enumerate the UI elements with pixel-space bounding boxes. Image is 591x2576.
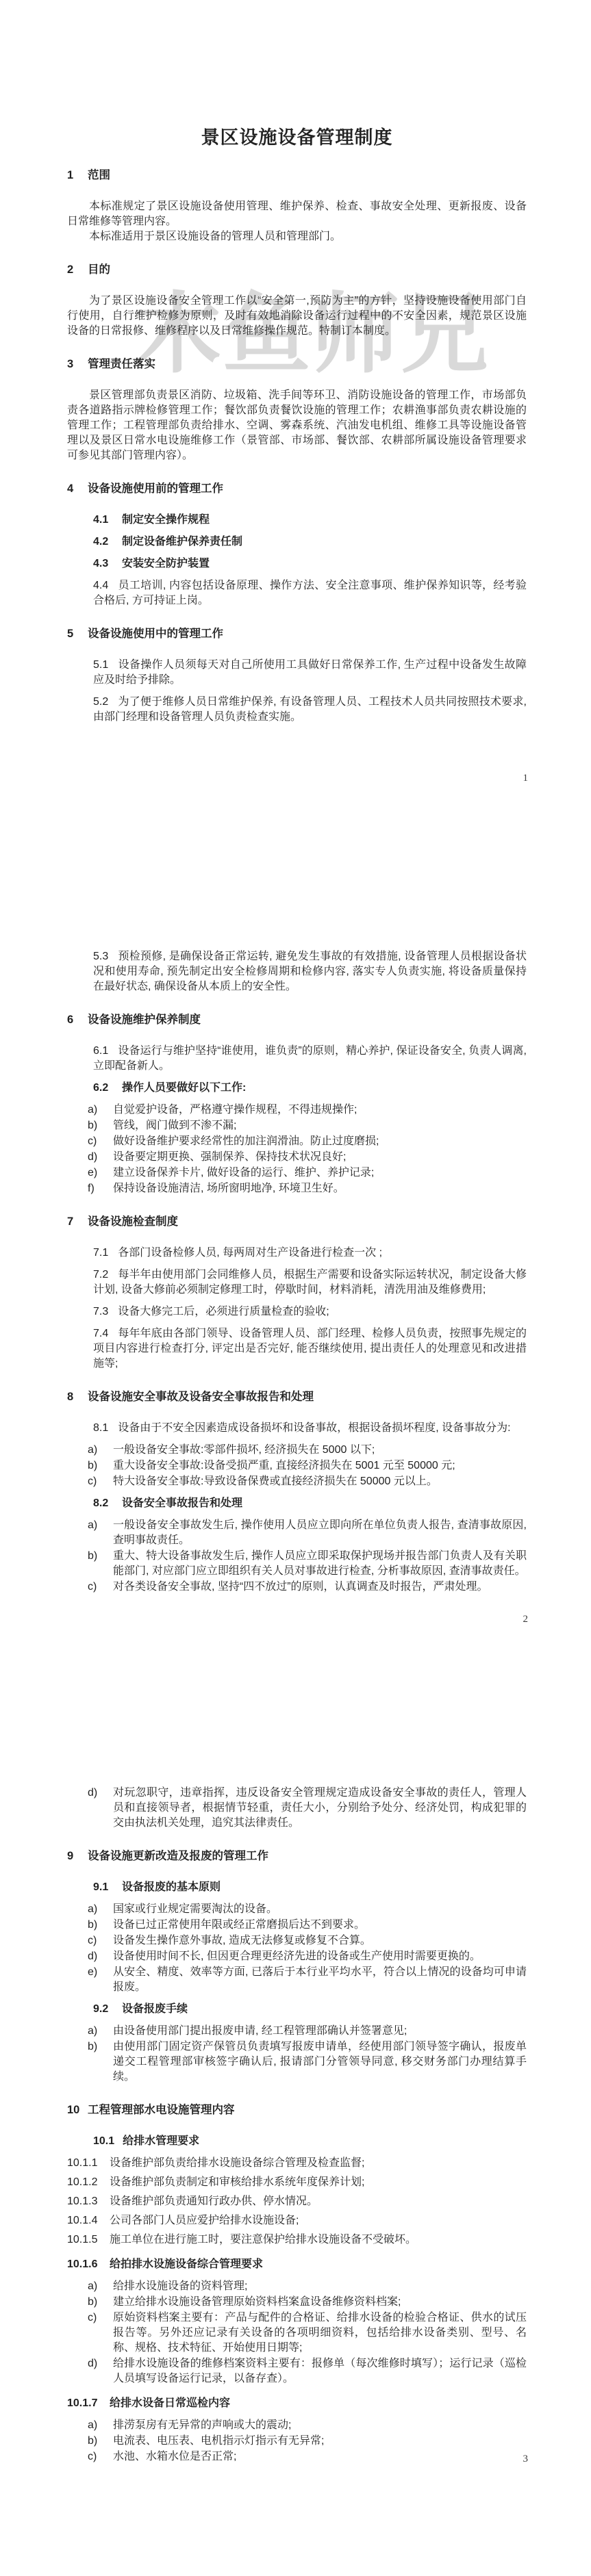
block-text: 给排水管理要求: [123, 2135, 199, 2147]
item-number: 6.1: [93, 1045, 108, 1057]
list-marker: e): [88, 1965, 113, 1995]
numbered-paragraph: 7.3设备大修完工后，必须进行质量检查的验收;: [93, 1304, 527, 1319]
section-heading: 3管理责任落实: [67, 357, 527, 372]
list-item: d)设备要定期更换、强制保养、保持技术状况良好;: [88, 1150, 527, 1165]
document: 木鱼师兄 景区设施设备管理制度 1范围本标准规定了景区设施设备使用管理、维护保养…: [0, 0, 591, 2576]
list-item: d)给排水设施设备的维修档案资料主要有：报修单（每次维修时填写）；运行记录（巡检…: [88, 2356, 527, 2386]
block-text: 设备维护部负责给排水设施设备综合管理及检查监督;: [110, 2157, 364, 2169]
sub-heading: 4.1制定安全操作规程: [93, 513, 527, 528]
block-text: 国家或行业规定需要淘汰的设备。: [113, 1902, 527, 1917]
list-marker: b): [88, 1918, 113, 1933]
block-text: 管线，阀门做到不渗不漏;: [113, 1118, 527, 1133]
block-text: 给排水设备日常巡检内容: [110, 2397, 230, 2409]
block-text: 施工单位在进行施工时，要注意保护给排水设施设备不受破坏。: [110, 2234, 416, 2245]
list-item: c)水池、水箱水位是否正常;: [88, 2449, 527, 2464]
item-number: 7: [67, 1214, 81, 1229]
item-number: 4: [67, 481, 81, 496]
block-text: 为了景区设施设备安全管理工作以“安全第一,预防为主”的方针，坚持设施设备使用部门…: [67, 295, 527, 337]
item-number: 10.1.1: [67, 2156, 103, 2171]
block-text: 设备设施使用前的管理工作: [88, 482, 223, 495]
block-text: 设备设施更新改造及报废的管理工作: [88, 1850, 268, 1862]
list-item: a)给排水设施设备的资料管理;: [88, 2279, 527, 2294]
list-item: b)由使用部门固定资产保管员负责填写报废申请单，经使用部门领导签字确认，报废单递…: [88, 2039, 527, 2085]
sub-heading: 9.1设备报废的基本原则: [93, 1880, 527, 1895]
block-text: 设备设施安全事故及设备安全事故报告和处理: [88, 1391, 314, 1403]
section-heading: 8设备设施安全事故及设备安全事故报告和处理: [67, 1389, 527, 1404]
list-marker: b): [88, 2434, 113, 2449]
block-text: 目的: [88, 263, 110, 276]
sub-heading: 4.3安装安全防护装置: [93, 556, 527, 571]
sub-heading: 8.2设备安全事故报告和处理: [93, 1496, 527, 1511]
list-marker: b): [88, 1458, 113, 1473]
item-number: 2: [67, 262, 81, 277]
list-item: a)自觉爱护设备，严格遵守操作规程，不得违规操作;: [88, 1103, 527, 1118]
list-marker: c): [88, 2310, 113, 2356]
item-number: 7.4: [93, 1328, 108, 1339]
block-text: 设备使用时间不长, 但因更合理更经济先进的设备或生产使用时需要更换的。: [113, 1949, 527, 1964]
list-marker: a): [88, 2279, 113, 2294]
item-number: 8: [67, 1389, 81, 1404]
list-marker: c): [88, 2449, 113, 2464]
list-item: a)一般设备安全事故:零部件损坏, 经济损失在 5000 以下;: [88, 1443, 527, 1458]
block-text: 设备设施维护保养制度: [88, 1014, 201, 1026]
block-text: 景区管理部负责景区消防、垃圾箱、洗手间等环卫、消防设施设备的管理工作，市场部负责…: [67, 389, 527, 461]
block-text: 设备运行与维护坚持“谁使用，谁负责”的原则，精心养护, 保证设备安全, 负责人调…: [93, 1045, 527, 1072]
list-item: c)做好设备维护要求经常性的加注润滑油。防止过度磨损;: [88, 1134, 527, 1149]
item-number: 10.1.6: [67, 2257, 103, 2272]
numbered-paragraph: 7.1各部门设备检修人员, 每两周对生产设备进行检查一次 ;: [93, 1246, 527, 1261]
block-text: 设备设施检查制度: [88, 1215, 178, 1228]
list-marker: c): [88, 1134, 113, 1149]
list-marker: d): [88, 1949, 113, 1964]
list-marker: e): [88, 1165, 113, 1181]
numbered-paragraph: 5.3预检预修, 是确保设备正常运转, 避免发生事故的有效措施, 设备管理人员根…: [93, 949, 527, 994]
section-heading: 5设备设施使用中的管理工作: [67, 626, 527, 641]
section-heading: 2目的: [67, 262, 527, 277]
numbered-paragraph: 10.1.4公司各部门人员应爱护给排水设施设备;: [67, 2213, 527, 2228]
list-marker: a): [88, 1902, 113, 1917]
block-text: 设备发生操作意外事故, 造成无法修复或修复不合算。: [113, 1933, 527, 1948]
section-heading: 9设备设施更新改造及报废的管理工作: [67, 1849, 527, 1864]
item-number: 8.2: [93, 1496, 114, 1511]
block-text: 设备安全事故报告和处理: [122, 1497, 242, 1509]
block-text: 设备报废手续: [122, 2003, 188, 2015]
list-marker: b): [88, 2039, 113, 2085]
item-number: 4.3: [93, 556, 114, 571]
numbered-paragraph: 6.1设备运行与维护坚持“谁使用，谁负责”的原则，精心养护, 保证设备安全, 负…: [93, 1044, 527, 1074]
numbered-paragraph: 4.4员工培训, 内容包括设备原理、操作方法、安全注意事项、维护保养知识等，经考…: [93, 578, 527, 608]
block-text: 员工培训, 内容包括设备原理、操作方法、安全注意事项、维护保养知识等，经考验合格…: [93, 580, 527, 606]
item-number: 6: [67, 1012, 81, 1027]
item-number: 7.2: [93, 1269, 108, 1280]
list-item: b)电流表、电压表、电机指示灯指示有无异常;: [88, 2434, 527, 2449]
list-marker: b): [88, 1549, 113, 1579]
list-item: a)国家或行业规定需要淘汰的设备。: [88, 1902, 527, 1917]
block-text: 做好设备维护要求经常性的加注润滑油。防止过度磨损;: [113, 1134, 527, 1149]
item-number: 10.1.2: [67, 2175, 103, 2190]
numbered-paragraph: 10.1.1设备维护部负责给排水设施设备综合管理及检查监督;: [67, 2156, 527, 2171]
list-marker: a): [88, 1103, 113, 1118]
item-number: 7.1: [93, 1247, 108, 1259]
numbered-paragraph: 7.4每年年底由各部门领导、设备管理人员、部门经理、检修人员负责，按照事先规定的…: [93, 1326, 527, 1371]
sub-heading: 10.1.7给排水设备日常巡检内容: [67, 2396, 527, 2411]
list-item: e)从安全、精度、效率等方面, 已落后于本行业平均水平，符合以上情况的设备均可申…: [88, 1965, 527, 1995]
item-number: 5: [67, 626, 81, 641]
block-text: 给排水设施设备的维修档案资料主要有：报修单（每次维修时填写）；运行记录（巡检人员…: [113, 2356, 527, 2386]
doc-paragraph: 本标准规定了景区设施设备使用管理、维护保养、检查、事故安全处理、更新报废、设备日…: [67, 199, 527, 229]
sub-heading: 4.2制定设备维护保养责任制: [93, 534, 527, 550]
list-marker: f): [88, 1181, 113, 1196]
item-number: 8.1: [93, 1422, 108, 1434]
page-number-2: 2: [523, 1612, 529, 1627]
item-number: 10.1.4: [67, 2213, 103, 2228]
block-text: 范围: [88, 169, 110, 181]
numbered-paragraph: 10.1.2设备维护部负责制定和审核给排水系统年度保养计划;: [67, 2175, 527, 2190]
item-number: 4.4: [93, 580, 108, 591]
item-number: 4.2: [93, 534, 114, 550]
block-text: 操作人员要做好以下工作:: [122, 1082, 246, 1094]
block-text: 原始资料档案主要有：产品与配件的合格证、给排水设备的检验合格证、供水的试压报告等…: [113, 2310, 527, 2356]
list-marker: b): [88, 1118, 113, 1133]
list-item: f)保持设备设施清洁, 场所窗明地净, 环境卫生好。: [88, 1181, 527, 1196]
item-number: 1: [67, 168, 81, 183]
block-text: 对玩忽职守，违章指挥，违反设备安全管理规定造成设备安全事故的责任人，管理人员和直…: [113, 1786, 527, 1831]
list-marker: a): [88, 1443, 113, 1458]
block-text: 对各类设备安全事故, 坚持“四不放过”的原则，认真调查及时报告，严肃处理。: [113, 1580, 527, 1595]
block-text: 制定设备维护保养责任制: [122, 536, 242, 548]
block-text: 重大、特大设备事故发生后, 操作人员应立即采取保护现场并报告部门负责人及有关职能…: [113, 1549, 527, 1579]
page-3: d)对玩忽职守，违章指挥，违反设备安全管理规定造成设备安全事故的责任人，管理人员…: [0, 1718, 591, 2576]
sub-heading: 9.2设备报废手续: [93, 2002, 527, 2017]
item-number: 5.2: [93, 696, 108, 708]
block-text: 自觉爱护设备，严格遵守操作规程，不得违规操作;: [113, 1103, 527, 1118]
page-1: 景区设施设备管理制度 1范围本标准规定了景区设施设备使用管理、维护保养、检查、事…: [0, 0, 591, 859]
list-item: d)对玩忽职守，违章指挥，违反设备安全管理规定造成设备安全事故的责任人，管理人员…: [88, 1786, 527, 1831]
list-item: a)一般设备安全事故发生后, 操作使用人员应立即向所在单位负责人报告, 查清事故…: [88, 1518, 527, 1548]
list-marker: d): [88, 2356, 113, 2386]
block-text: 一般设备安全事故:零部件损坏, 经济损失在 5000 以下;: [113, 1443, 527, 1458]
list-marker: a): [88, 2024, 113, 2039]
block-text: 设备维护部负责通知行政办供、停水情况。: [110, 2195, 318, 2207]
list-item: c)原始资料档案主要有：产品与配件的合格证、给排水设备的检验合格证、供水的试压报…: [88, 2310, 527, 2356]
section-heading: 1范围: [67, 168, 527, 183]
doc-paragraph: 本标准适用于景区设施设备的管理人员和管理部门。: [67, 229, 527, 244]
block-text: 由使用部门固定资产保管员负责填写报废申请单，经使用部门领导签字确认，报废单递交工…: [113, 2039, 527, 2085]
list-item: d)设备使用时间不长, 但因更合理更经济先进的设备或生产使用时需要更换的。: [88, 1949, 527, 1964]
sub-heading: 10.1给排水管理要求: [93, 2134, 527, 2149]
block-text: 特大设备安全事故:导致设备保费或直接经济损失在 50000 元以上。: [113, 1474, 527, 1489]
block-text: 本标准适用于景区设施设备的管理人员和管理部门。: [89, 231, 341, 242]
block-text: 排涝泵房有无异常的声响或大的震动;: [113, 2418, 527, 2433]
block-text: 设备大修完工后，必须进行质量检查的验收;: [118, 1306, 329, 1317]
block-text: 保持设备设施清洁, 场所窗明地净, 环境卫生好。: [113, 1181, 527, 1196]
section-heading: 4设备设施使用前的管理工作: [67, 481, 527, 496]
item-number: 10.1.5: [67, 2232, 103, 2247]
list-item: c)设备发生操作意外事故, 造成无法修复或修复不合算。: [88, 1933, 527, 1948]
block-text: 管理责任落实: [88, 358, 155, 370]
block-text: 设备报废的基本原则: [122, 1881, 221, 1893]
block-text: 由设备使用部门提出报废申请, 经工程管理部确认并签署意见;: [113, 2024, 527, 2039]
page-number-3: 3: [523, 2451, 529, 2466]
list-marker: d): [88, 1786, 113, 1831]
item-number: 10: [67, 2102, 81, 2117]
list-item: b)重大设备安全事故:设备受损严重, 直接经济损失在 5001 元至 50000…: [88, 1458, 527, 1473]
page-2: 5.3预检预修, 是确保设备正常运转, 避免发生事故的有效措施, 设备管理人员根…: [0, 859, 591, 1718]
item-number: 10.1.3: [67, 2194, 103, 2209]
list-item: b)设备已过正常使用年限或经正常磨损后达不到要求。: [88, 1918, 527, 1933]
sub-heading: 6.2操作人员要做好以下工作:: [93, 1081, 527, 1096]
block-text: 制定安全操作规程: [122, 514, 210, 526]
list-item: c)特大设备安全事故:导致设备保费或直接经济损失在 50000 元以上。: [88, 1474, 527, 1489]
list-item: b)重大、特大设备事故发生后, 操作人员应立即采取保护现场并报告部门负责人及有关…: [88, 1549, 527, 1579]
block-text: 设备维护部负责制定和审核给排水系统年度保养计划;: [110, 2176, 364, 2188]
list-marker: a): [88, 2418, 113, 2433]
block-text: 从安全、精度、效率等方面, 已落后于本行业平均水平，符合以上情况的设备均可申请报…: [113, 1965, 527, 1995]
block-text: 预检预修, 是确保设备正常运转, 避免发生事故的有效措施, 设备管理人员根据设备…: [93, 951, 527, 992]
block-text: 重大设备安全事故:设备受损严重, 直接经济损失在 5001 元至 50000 元…: [113, 1458, 527, 1473]
item-number: 6.2: [93, 1081, 114, 1096]
section-heading: 10工程管理部水电设施管理内容: [67, 2102, 527, 2117]
item-number: 9.2: [93, 2002, 114, 2017]
list-marker: c): [88, 1580, 113, 1595]
block-text: 本标准规定了景区设施设备使用管理、维护保养、检查、事故安全处理、更新报废、设备日…: [67, 201, 527, 227]
page-3-content: d)对玩忽职守，违章指挥，违反设备安全管理规定造成设备安全事故的责任人，管理人员…: [67, 1785, 527, 2465]
item-number: 3: [67, 357, 81, 372]
sub-heading: 10.1.6给拍排水设施设备综合管理要求: [67, 2257, 527, 2272]
numbered-paragraph: 7.2每半年由使用部门会同维修人员，根据生产需要和设备实际运转状况，制定设备大修…: [93, 1267, 527, 1298]
list-marker: c): [88, 1474, 113, 1489]
list-marker: d): [88, 1150, 113, 1165]
block-text: 电流表、电压表、电机指示灯指示有无异常;: [113, 2434, 527, 2449]
block-text: 设备操作人员须每天对自己所使用工具做好日常保养工作, 生产过程中设备发生故障应及…: [93, 659, 527, 686]
block-text: 为了便于维修人员日常维护保养, 有设备管理人员、工程技术人员共同按照技术要求, …: [93, 696, 527, 723]
doc-paragraph: 为了景区设施设备安全管理工作以“安全第一,预防为主”的方针，坚持设施设备使用部门…: [67, 294, 527, 339]
numbered-paragraph: 10.1.3设备维护部负责通知行政办供、停水情况。: [67, 2194, 527, 2209]
page-number-1: 1: [523, 771, 529, 786]
list-item: e)建立设备保养卡片, 做好设备的运行、维护、养护记录;: [88, 1165, 527, 1181]
item-number: 10.1: [93, 2134, 114, 2149]
block-text: 设备由于不安全因素造成设备损坏和设备事故，根据设备损坏程度, 设备事故分为:: [118, 1422, 510, 1434]
list-item: b)建立给排水设施设备管理原始资料档案盒设备维修资料档案;: [88, 2295, 527, 2310]
section-heading: 6设备设施维护保养制度: [67, 1012, 527, 1027]
list-marker: c): [88, 1933, 113, 1948]
block-text: 每半年由使用部门会同维修人员，根据生产需要和设备实际运转状况，制定设备大修计划,…: [93, 1269, 527, 1296]
block-text: 工程管理部水电设施管理内容: [88, 2104, 235, 2116]
list-marker: b): [88, 2295, 113, 2310]
item-number: 10.1.7: [67, 2396, 103, 2411]
block-text: 安装安全防护装置: [122, 558, 210, 569]
numbered-paragraph: 10.1.5施工单位在进行施工时，要注意保护给排水设施设备不受破坏。: [67, 2232, 527, 2247]
numbered-paragraph: 5.1设备操作人员须每天对自己所使用工具做好日常保养工作, 生产过程中设备发生故…: [93, 658, 527, 688]
numbered-paragraph: 8.1设备由于不安全因素造成设备损坏和设备事故，根据设备损坏程度, 设备事故分为…: [93, 1421, 527, 1436]
list-marker: a): [88, 1518, 113, 1548]
item-number: 5.3: [93, 951, 108, 962]
block-text: 每年年底由各部门领导、设备管理人员、部门经理、检修人员负责，按照事先规定的项目内…: [93, 1328, 527, 1369]
section-heading: 7设备设施检查制度: [67, 1214, 527, 1229]
block-text: 公司各部门人员应爱护给排水设施设备;: [110, 2215, 299, 2226]
list-item: a)由设备使用部门提出报废申请, 经工程管理部确认并签署意见;: [88, 2024, 527, 2039]
block-text: 设备设施使用中的管理工作: [88, 628, 223, 640]
block-text: 给拍排水设施设备综合管理要求: [110, 2258, 263, 2270]
list-item: c)对各类设备安全事故, 坚持“四不放过”的原则，认真调查及时报告，严肃处理。: [88, 1580, 527, 1595]
item-number: 9: [67, 1849, 81, 1864]
block-text: 给排水设施设备的资料管理;: [113, 2279, 527, 2294]
item-number: 5.1: [93, 659, 108, 671]
doc-paragraph: 景区管理部负责景区消防、垃圾箱、洗手间等环卫、消防设施设备的管理工作，市场部负责…: [67, 388, 527, 463]
numbered-paragraph: 5.2为了便于维修人员日常维护保养, 有设备管理人员、工程技术人员共同按照技术要…: [93, 695, 527, 725]
block-text: 设备已过正常使用年限或经正常磨损后达不到要求。: [113, 1918, 527, 1933]
block-text: 水池、水箱水位是否正常;: [113, 2449, 527, 2464]
block-text: 建立设备保养卡片, 做好设备的运行、维护、养护记录;: [113, 1165, 527, 1181]
page-2-content: 5.3预检预修, 是确保设备正常运转, 避免发生事故的有效措施, 设备管理人员根…: [67, 942, 527, 1595]
list-item: a)排涝泵房有无异常的声响或大的震动;: [88, 2418, 527, 2433]
item-number: 4.1: [93, 513, 114, 528]
block-text: 一般设备安全事故发生后, 操作使用人员应立即向所在单位负责人报告, 查清事故原因…: [113, 1518, 527, 1548]
doc-title: 景区设施设备管理制度: [67, 125, 527, 150]
item-number: 7.3: [93, 1306, 108, 1317]
block-text: 设备要定期更换、强制保养、保持技术状况良好;: [113, 1150, 527, 1165]
block-text: 建立给排水设施设备管理原始资料档案盒设备维修资料档案;: [113, 2295, 527, 2310]
item-number: 9.1: [93, 1880, 114, 1895]
list-item: b)管线，阀门做到不渗不漏;: [88, 1118, 527, 1133]
block-text: 各部门设备检修人员, 每两周对生产设备进行检查一次 ;: [118, 1247, 382, 1259]
page-1-content: 景区设施设备管理制度 1范围本标准规定了景区设施设备使用管理、维护保养、检查、事…: [67, 125, 527, 732]
